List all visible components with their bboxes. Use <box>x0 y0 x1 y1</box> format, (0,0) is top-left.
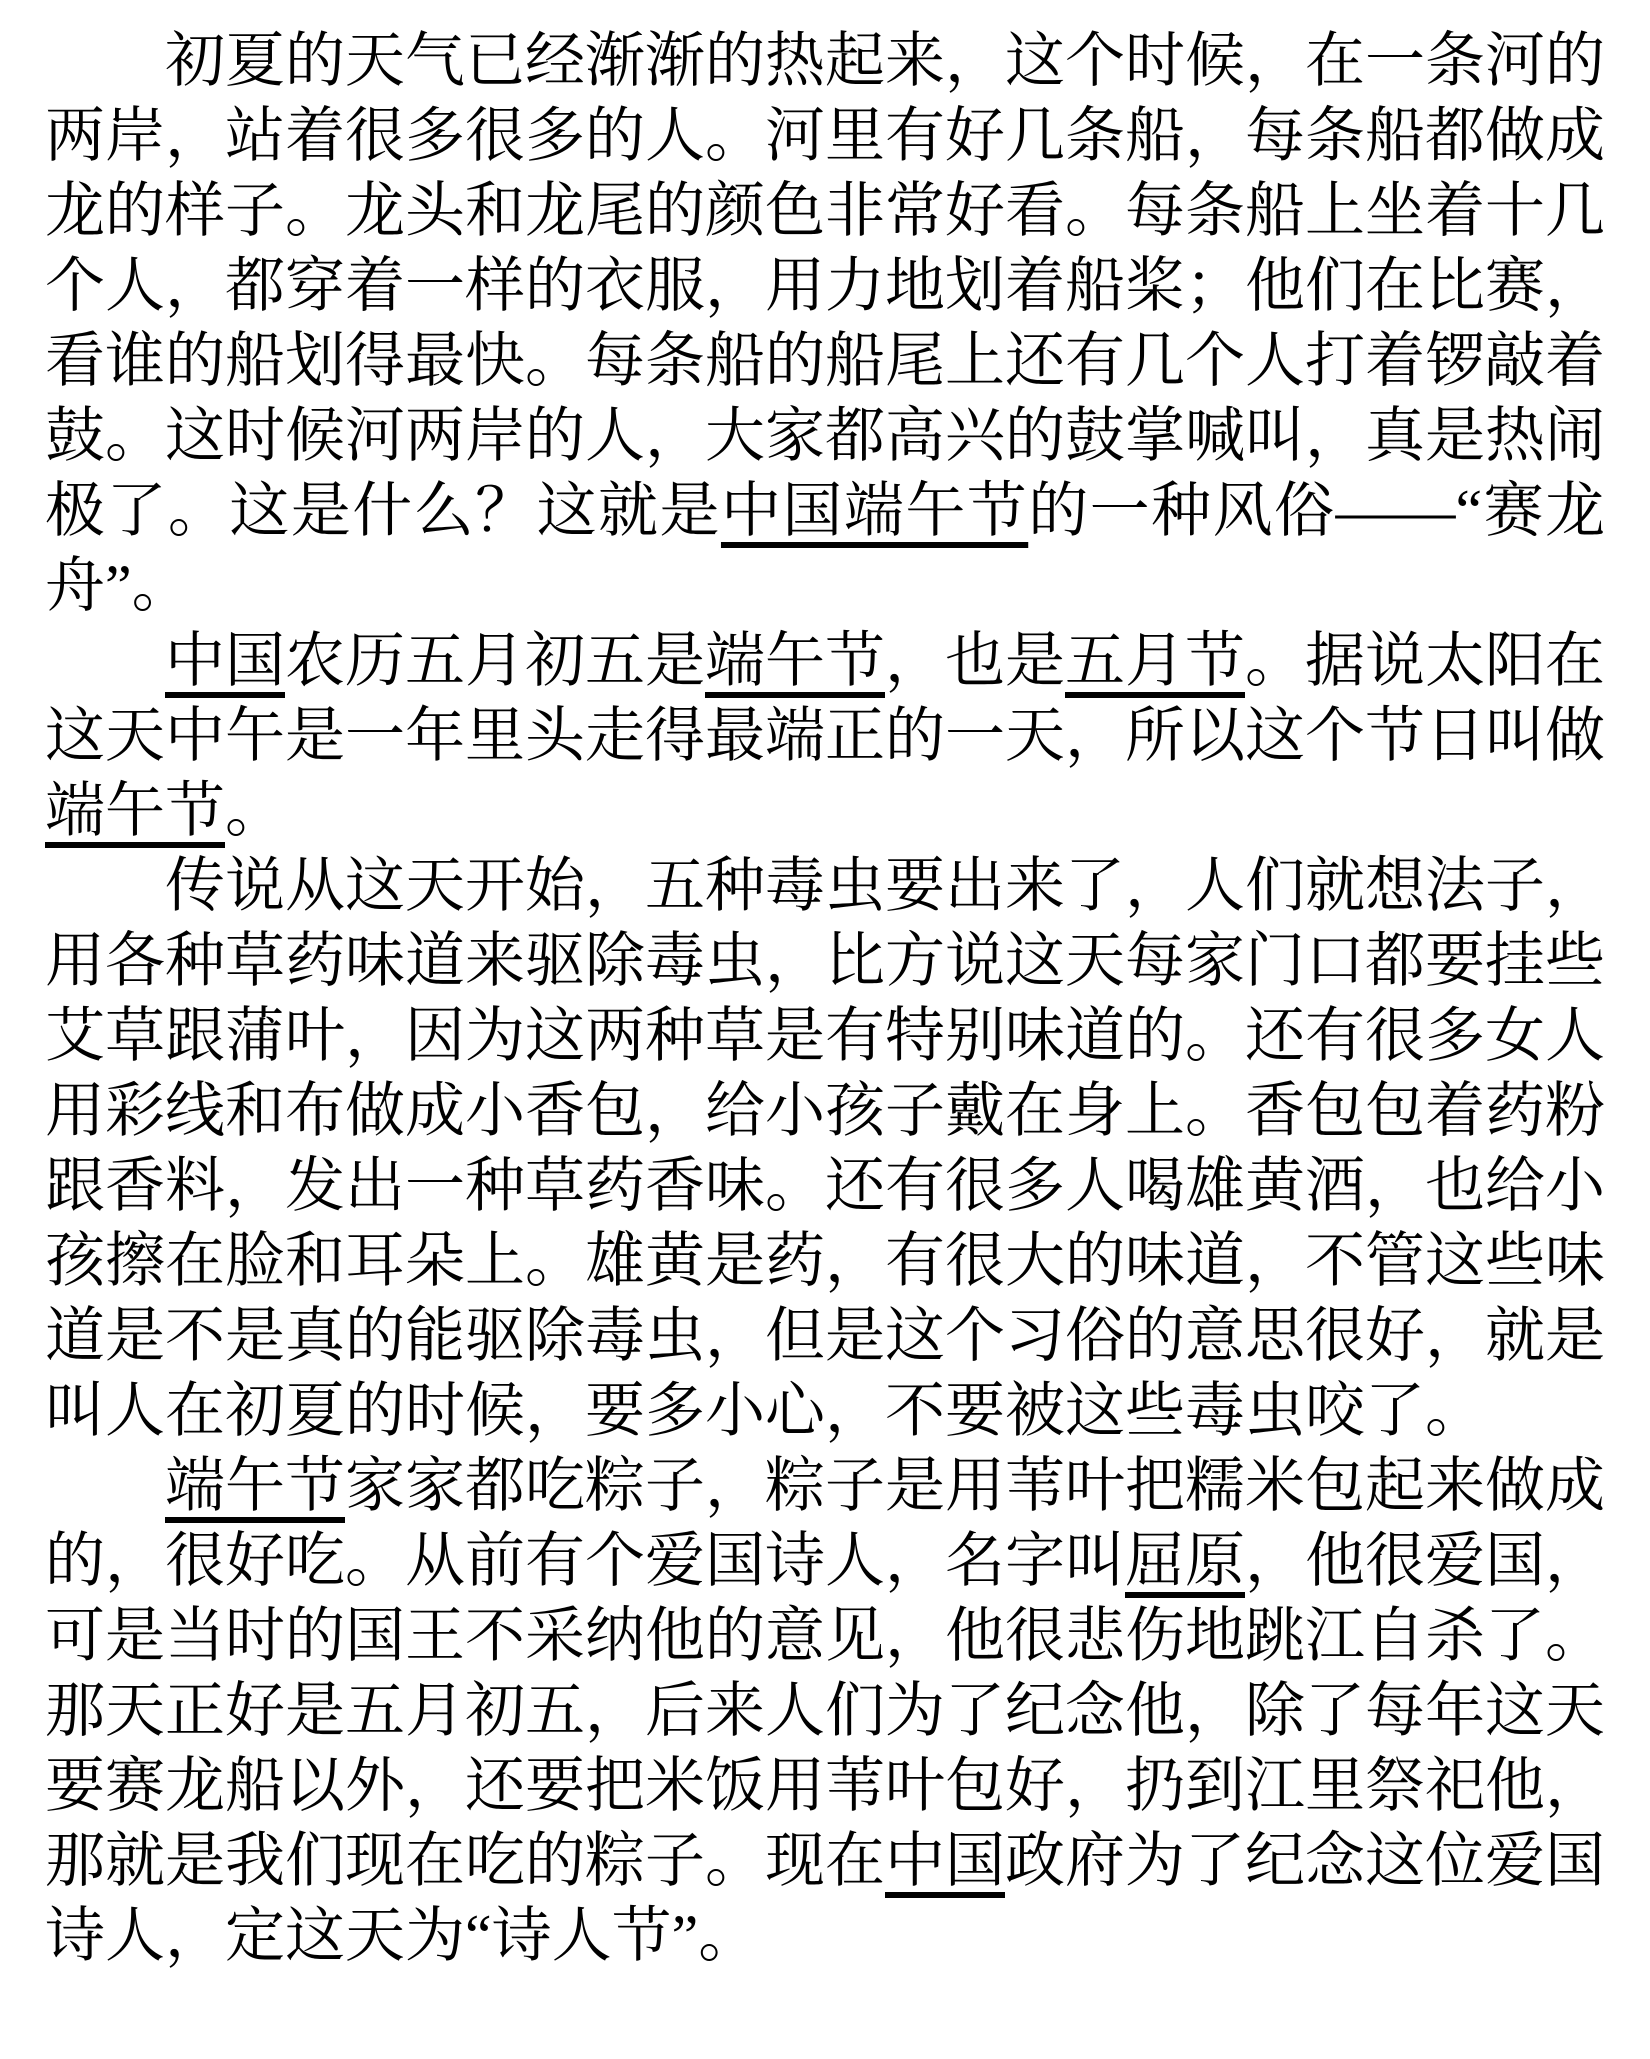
underlined-term: 端午节 <box>165 1453 345 1519</box>
underlined-term: 屈原 <box>1125 1528 1245 1594</box>
paragraph-1: 初夏的天气已经渐渐的热起来，这个时候，在一条河的两岸，站着很多很多的人。河里有好… <box>45 24 1605 624</box>
text-run: 。 <box>225 778 285 844</box>
document-page: 初夏的天气已经渐渐的热起来，这个时候，在一条河的两岸，站着很多很多的人。河里有好… <box>0 0 1650 2059</box>
underlined-term: 端午节 <box>705 628 885 694</box>
paragraph-3: 传说从这天开始，五种毒虫要出来了，人们就想法子，用各种草药味道来驱除毒虫，比方说… <box>45 849 1605 1449</box>
text-run: ，也是 <box>885 628 1065 694</box>
underlined-term: 中国端午节 <box>721 478 1028 544</box>
text-run: 初夏的天气已经渐渐的热起来，这个时候，在一条河的两岸，站着很多很多的人。河里有好… <box>45 28 1605 544</box>
text-run: 农历五月初五是 <box>285 628 705 694</box>
underlined-term: 端午节 <box>45 778 225 844</box>
underlined-term: 中国 <box>885 1828 1005 1894</box>
paragraph-2: 中国农历五月初五是端午节，也是五月节。据说太阳在这天中午是一年里头走得最端正的一… <box>45 624 1605 849</box>
document-body: 初夏的天气已经渐渐的热起来，这个时候，在一条河的两岸，站着很多很多的人。河里有好… <box>45 24 1605 1974</box>
underlined-term: 中国 <box>165 628 285 694</box>
paragraph-4: 端午节家家都吃粽子，粽子是用苇叶把糯米包起来做成的，很好吃。从前有个爱国诗人，名… <box>45 1449 1605 1974</box>
underlined-term: 五月节 <box>1065 628 1245 694</box>
text-run: 传说从这天开始，五种毒虫要出来了，人们就想法子，用各种草药味道来驱除毒虫，比方说… <box>45 853 1605 1444</box>
